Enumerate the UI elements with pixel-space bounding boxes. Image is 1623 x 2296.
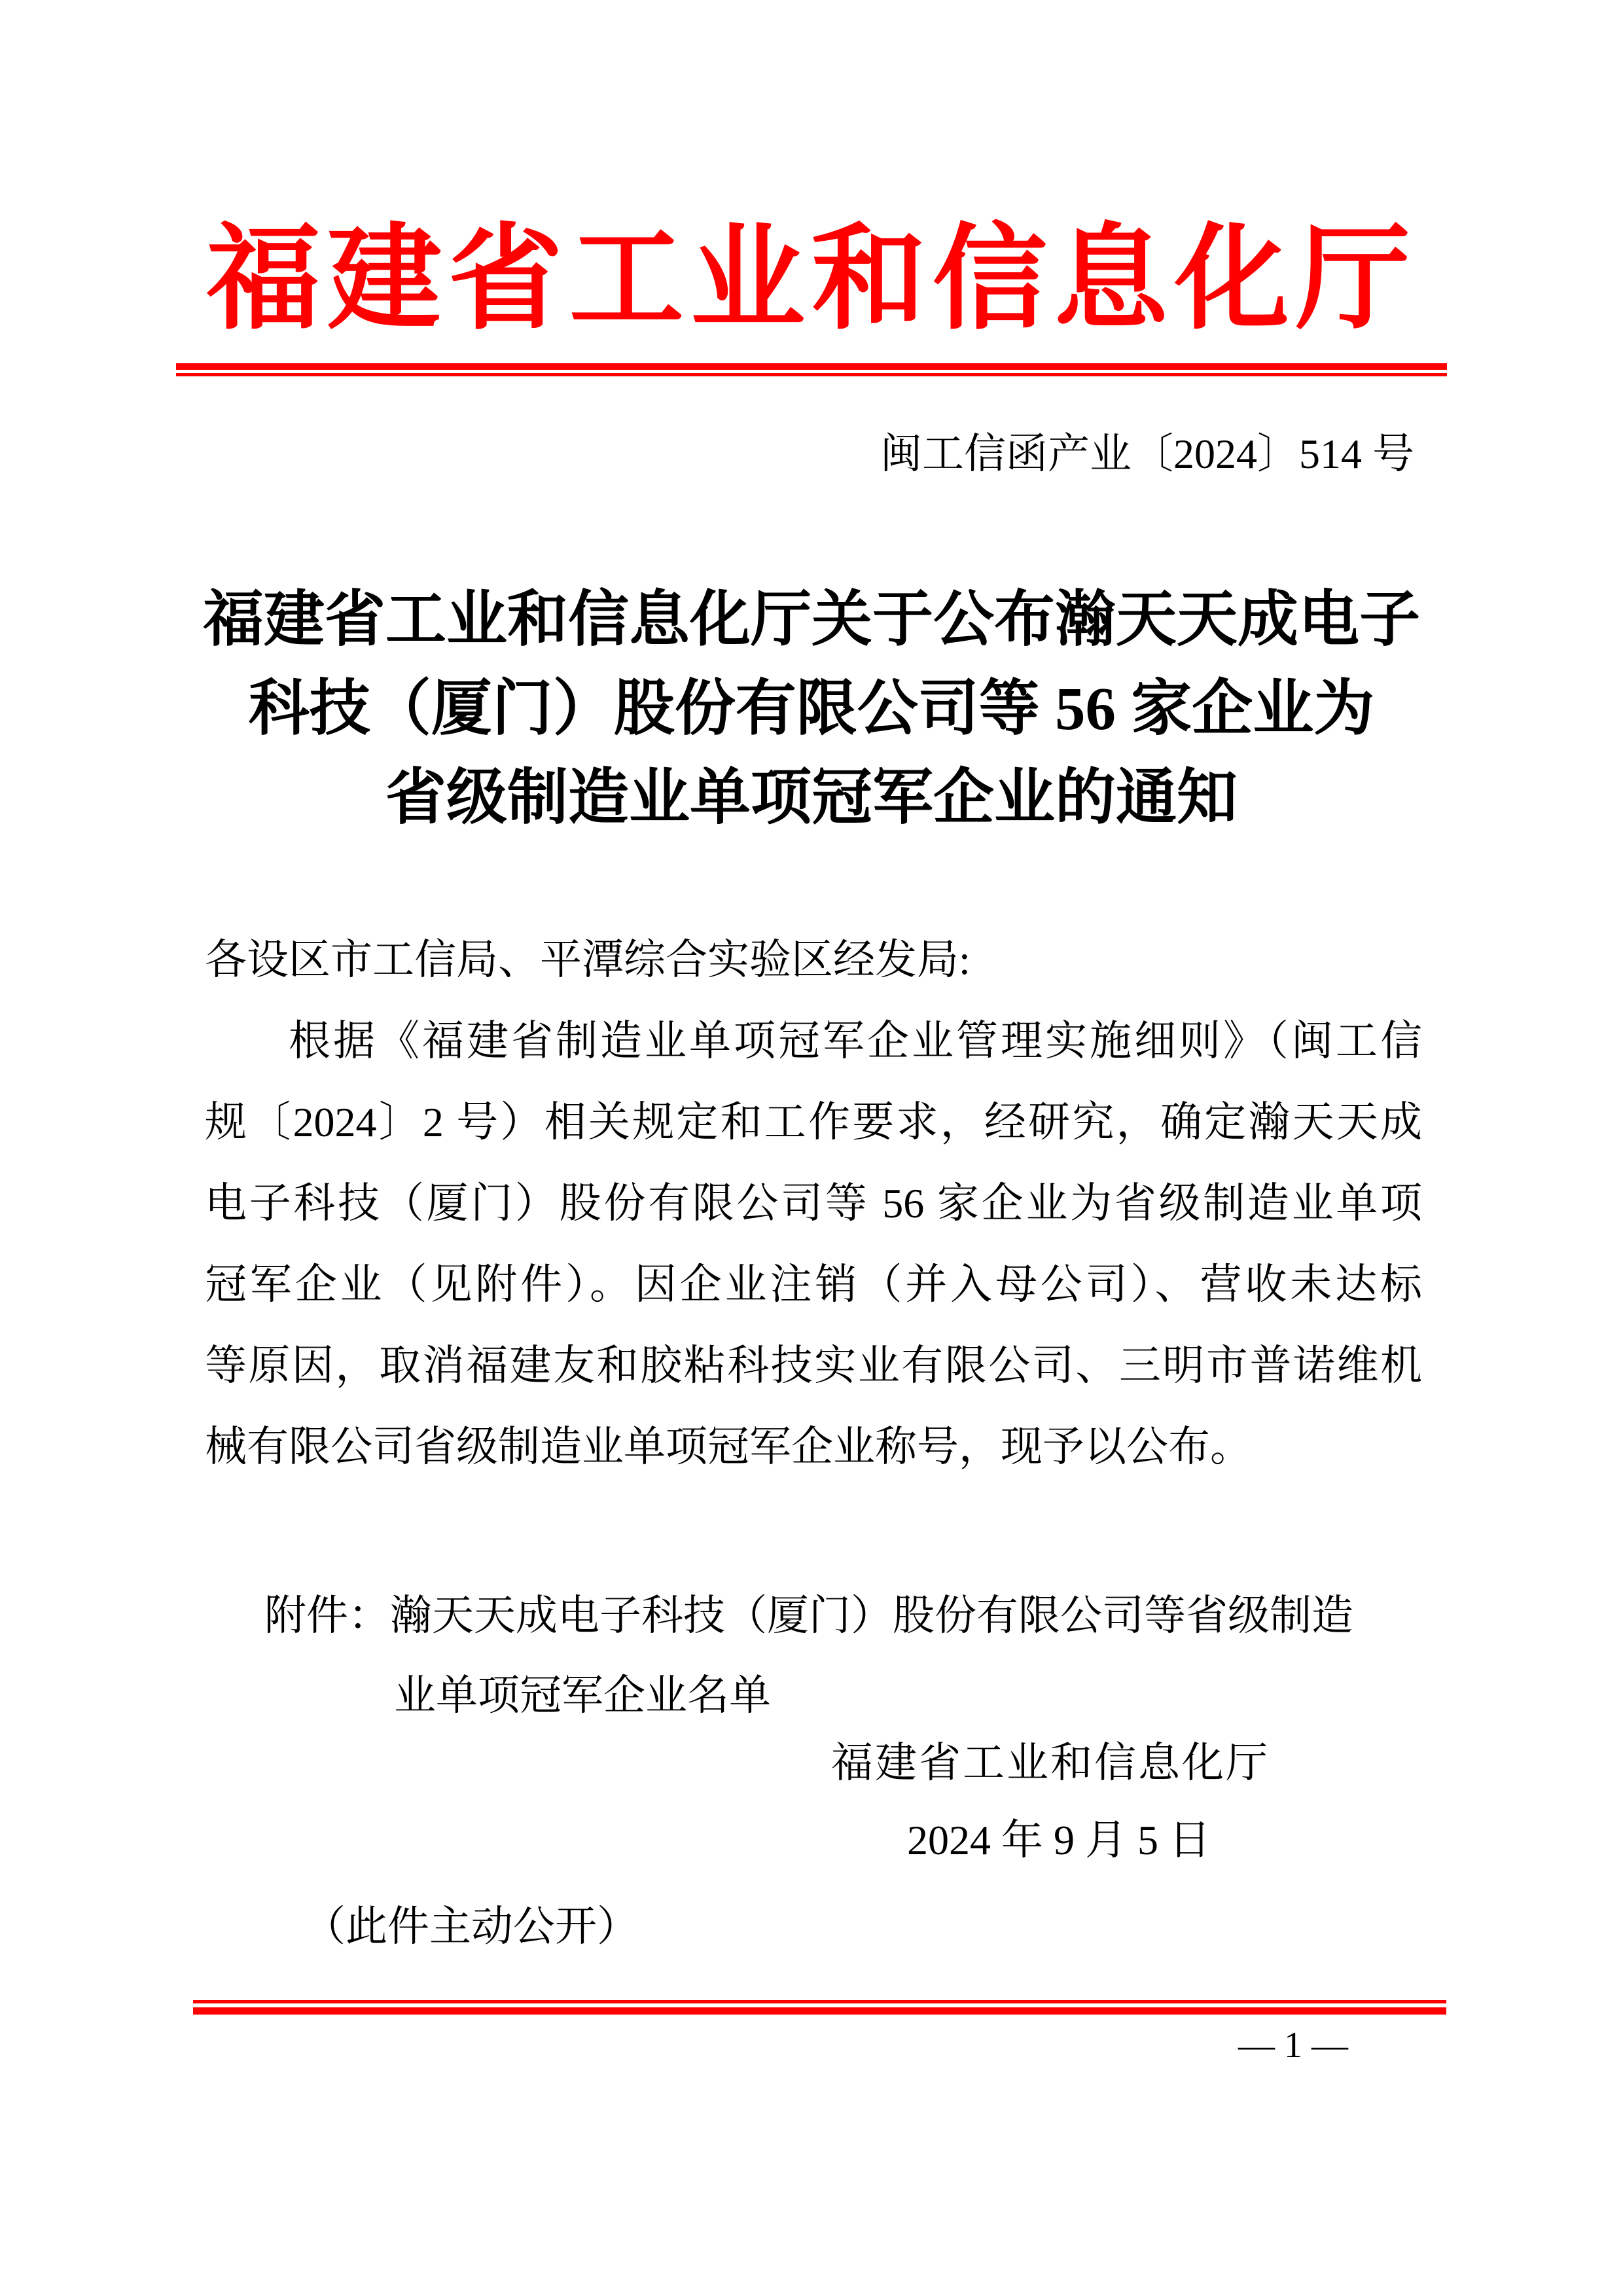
paragraph-line: 冠军企业（见附件）。因企业注销（并入母公司）、营收未达标 — [205, 1244, 1422, 1325]
paragraph-line: 规〔2024〕2 号）相关规定和工作要求，经研究，确定瀚天天成 — [205, 1082, 1422, 1163]
paragraph-line: 根据《福建省制造业单项冠军企业管理实施细则》（闽工信 — [205, 1001, 1422, 1082]
letterhead-double-rule — [176, 363, 1447, 376]
salutation-line: 各设区市工信局、平潭综合实验区经发局: — [205, 920, 1422, 1001]
signature-agency-name: 福建省工业和信息化厅 — [831, 1741, 1270, 1785]
notice-title: 福建省工业和信息化厅关于公布瀚天天成电子 科技（厦门）股份有限公司等 56 家企… — [0, 576, 1623, 843]
disclosure-note: （此件主动公开） — [304, 1905, 639, 1949]
notice-title-line-2: 科技（厦门）股份有限公司等 56 家企业为 — [0, 665, 1623, 754]
body-text-block: 各设区市工信局、平潭综合实验区经发局: 根据《福建省制造业单项冠军企业管理实施细… — [205, 920, 1422, 1488]
notice-title-line-1: 福建省工业和信息化厅关于公布瀚天天成电子 — [0, 576, 1623, 665]
paragraph-line: 电子科技（厦门）股份有限公司等 56 家企业为省级制造业单项 — [205, 1163, 1422, 1244]
letterhead-agency-title: 福建省工业和信息化厅 — [0, 216, 1623, 344]
paragraph-line: 等原因，取消福建友和胶粘科技实业有限公司、三明市普诺维机 — [205, 1325, 1422, 1407]
paragraph-line: 械有限公司省级制造业单项冠军企业称号，现予以公布。 — [205, 1407, 1422, 1488]
attachment-line-1: 附件：瀚天天成电子科技（厦门）股份有限公司等省级制造 — [264, 1576, 1353, 1656]
notice-title-line-3: 省级制造业单项冠军企业的通知 — [0, 754, 1623, 843]
rule-thin-bar — [176, 373, 1447, 376]
document-reference-number: 闽工信函产业〔2024〕514 号 — [880, 432, 1414, 476]
attachment-text: 瀚天天成电子科技（厦门）股份有限公司等省级制造 — [390, 1592, 1353, 1639]
rule-thick-bar — [193, 2007, 1446, 2015]
attachment-label: 附件： — [264, 1592, 390, 1639]
page-number: — 1 — — [1238, 2026, 1348, 2065]
rule-thick-bar — [176, 363, 1447, 370]
signature-date: 2024 年 9 月 5 日 — [907, 1818, 1211, 1863]
footer-double-rule — [193, 2000, 1446, 2015]
attachment-line-2: 业单项冠军企业名单 — [264, 1656, 1353, 1736]
document-page: 福建省工业和信息化厅 闽工信函产业〔2024〕514 号 福建省工业和信息化厅关… — [0, 0, 1623, 2296]
attachment-note: 附件：瀚天天成电子科技（厦门）股份有限公司等省级制造 业单项冠军企业名单 — [264, 1576, 1353, 1736]
